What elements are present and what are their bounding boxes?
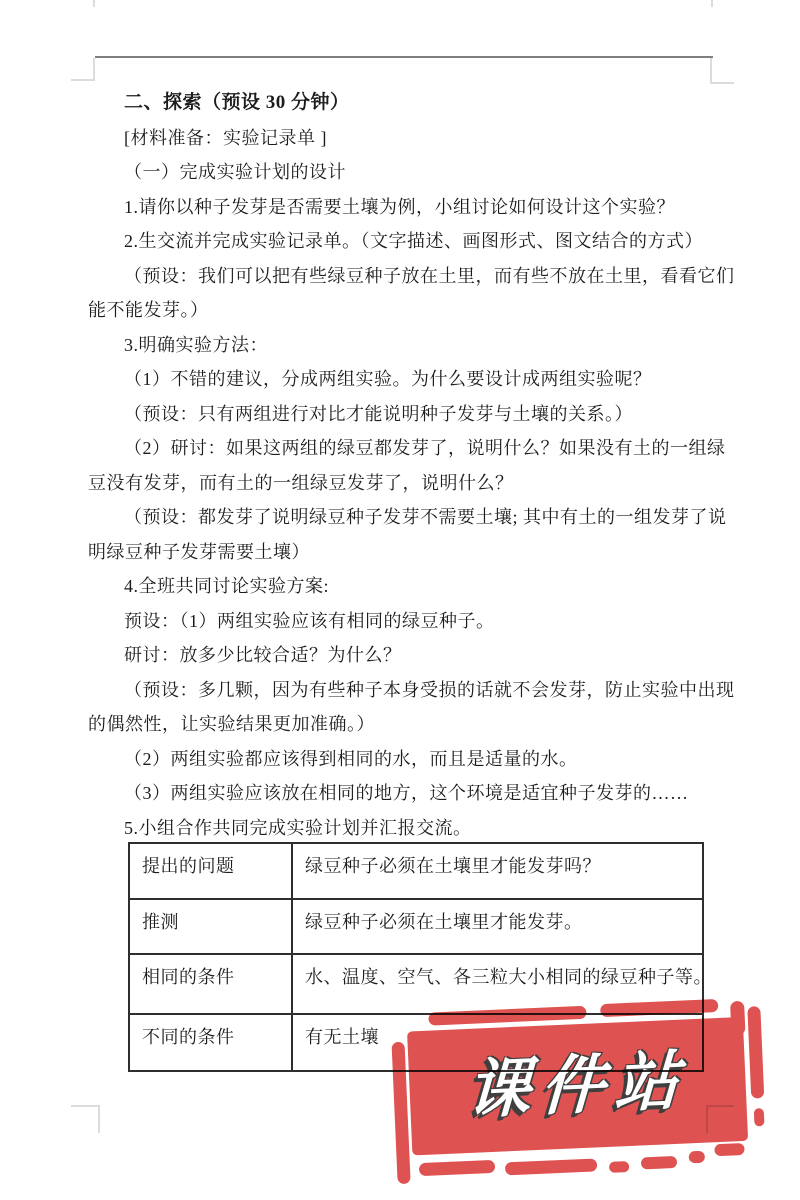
row-label-cell: 相同的条件 bbox=[129, 954, 292, 1014]
stamp-text: 课件站 bbox=[465, 1049, 690, 1123]
row-value-cell: 绿豆种子必须在土壤里才能发芽吗？ bbox=[292, 843, 703, 899]
materials-line: [材料准备：实验记录单 ] bbox=[88, 121, 728, 156]
text-line: （预设：我们可以把有些绿豆种子放在土里，而有些不放在土里，看看它们 bbox=[88, 259, 728, 294]
row-value-cell: 绿豆种子必须在土壤里才能发芽。 bbox=[292, 899, 703, 954]
table-row: 提出的问题 绿豆种子必须在土壤里才能发芽吗？ bbox=[129, 843, 703, 899]
stamp-border-stroke bbox=[609, 1161, 629, 1173]
stamp-border-stroke bbox=[505, 1158, 597, 1175]
row-label-cell: 推测 bbox=[129, 899, 292, 954]
lesson-plan-body: 二、探索（预设 30 分钟） [材料准备：实验记录单 ] （一）完成实验计划的设… bbox=[88, 86, 728, 845]
text-line: 2.生交流并完成实验记录单。（文字描述、画图形式、图文结合的方式） bbox=[88, 224, 728, 259]
stamp-border-stroke bbox=[689, 1151, 706, 1164]
stamp-border-stroke bbox=[754, 1108, 765, 1126]
watermark-stamp: 课件站 bbox=[384, 990, 780, 1200]
text-line: 豆没有发芽，而有土的一组绿豆发芽了，说明什么？ bbox=[88, 466, 728, 501]
text-line: 研讨：放多少比较合适？为什么？ bbox=[88, 638, 728, 673]
text-line: 5.小组合作共同完成实验计划并汇报交流。 bbox=[88, 811, 728, 846]
boundary-tick-top-right bbox=[711, 0, 713, 7]
subsection-heading: （一）完成实验计划的设计 bbox=[88, 155, 728, 190]
boundary-tick-top-left bbox=[93, 0, 95, 7]
boundary-mark-top-left-h bbox=[71, 79, 95, 81]
stamp-border-stroke bbox=[428, 1006, 586, 1026]
text-line: （预设：多几颗，因为有些种子本身受损的话就不会发芽，防止实验中出现 bbox=[88, 673, 728, 708]
text-line: 预设：（1）两组实验应该有相同的绿豆种子。 bbox=[88, 604, 728, 639]
stamp-body: 课件站 bbox=[407, 1017, 748, 1156]
text-line: 能不能发芽。） bbox=[88, 293, 728, 328]
text-line: 3.明确实验方法： bbox=[88, 328, 728, 363]
boundary-mark-top-right-v bbox=[710, 58, 712, 83]
row-label-cell: 不同的条件 bbox=[129, 1014, 292, 1071]
text-line: 的偶然性，让实验结果更加准确。） bbox=[88, 707, 728, 742]
boundary-mark-bottom-left-v bbox=[98, 1105, 100, 1133]
text-line: 明绿豆种子发芽需要土壤） bbox=[88, 535, 728, 570]
boundary-mark-top-right-h bbox=[710, 82, 734, 84]
text-line: （3）两组实验应该放在相同的地方，这个环境是适宜种子发芽的…… bbox=[88, 776, 728, 811]
table-row: 推测 绿豆种子必须在土壤里才能发芽。 bbox=[129, 899, 703, 954]
stamp-border-stroke bbox=[747, 1006, 764, 1098]
text-line: 4.全班共同讨论实验方案: bbox=[88, 569, 728, 604]
top-margin-rule bbox=[95, 56, 713, 58]
text-line: （预设：只有两组进行对比才能说明种子发芽与土壤的关系。） bbox=[88, 397, 728, 432]
text-line: 1.请你以种子发芽是否需要土壤为例，小组讨论如何设计这个实验？ bbox=[88, 190, 728, 225]
text-line: （预设：都发芽了说明绿豆种子发芽不需要土壤; 其中有土的一组发芽了说 bbox=[88, 500, 728, 535]
text-line: （1）不错的建议，分成两组实验。为什么要设计成两组实验呢？ bbox=[88, 362, 728, 397]
section-heading: 二、探索（预设 30 分钟） bbox=[88, 86, 728, 121]
text-line: （2）研讨：如果这两组的绿豆都发芽了，说明什么？如果没有土的一组绿 bbox=[88, 431, 728, 466]
stamp-border-stroke bbox=[419, 1160, 495, 1176]
stamp-border-stroke bbox=[714, 1143, 744, 1156]
stamp-border-stroke bbox=[600, 999, 718, 1017]
text-line: （2）两组实验都应该得到相同的水，而且是适量的水。 bbox=[88, 742, 728, 777]
boundary-mark-bottom-left-h bbox=[71, 1105, 100, 1107]
row-label-cell: 提出的问题 bbox=[129, 843, 292, 899]
stamp-border-stroke bbox=[641, 1156, 677, 1170]
boundary-mark-top-left-v bbox=[93, 58, 95, 80]
